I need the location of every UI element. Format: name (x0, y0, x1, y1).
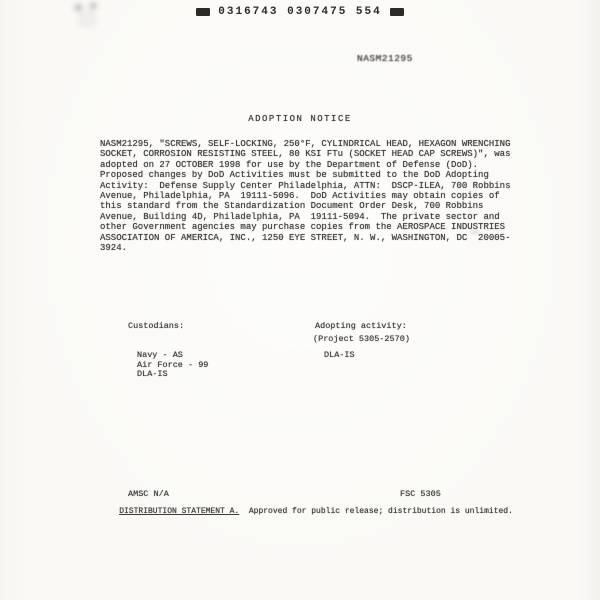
barcode-block-left-icon (196, 8, 210, 16)
text-line: SOCKET, CORROSION RESISTING STEEL, 80 KS… (100, 149, 510, 159)
text-line: other Government agencies may purchase c… (100, 222, 510, 232)
custodians-label: Custodians: (128, 322, 208, 332)
barcode-strip: 0316743 0307475 554 (0, 6, 600, 18)
scanned-document-page: 0316743 0307475 554 NASM21295 ADOPTION N… (0, 0, 600, 600)
text-line: adopted on 27 OCTOBER 1998 for use by th… (100, 160, 510, 170)
distribution-statement-label: DISTRIBUTION STATEMENT A. (119, 507, 239, 516)
text-line: Proposed changes by DoD Activities must … (100, 170, 510, 180)
text-line: ASSOCIATION OF AMERICA, INC., 1250 EYE S… (100, 233, 510, 243)
distribution-statement: DISTRIBUTION STATEMENT A. Approved for p… (100, 498, 513, 525)
adopting-activity-label: Adopting activity: (315, 322, 407, 332)
distribution-statement-text: Approved for public release; distributio… (239, 507, 513, 516)
text-line: 3924. (100, 243, 510, 253)
text-line: NASM21295, "SCREWS, SELF-LOCKING, 250°F,… (100, 139, 510, 149)
text-line: Avenue, Building 4D, Philadelphia, PA 19… (100, 212, 510, 222)
barcode-block-right-icon (390, 8, 404, 16)
custodians-block: Custodians: Navy - ASAir Force - 99DLA-I… (128, 303, 208, 399)
adopting-activity-value: DLA-IS (315, 351, 407, 361)
text-line: Activity: Defense Supply Center Philadel… (100, 181, 510, 191)
adoption-notice-title: ADOPTION NOTICE (0, 114, 600, 124)
doc-number: NASM21295 (357, 53, 413, 64)
custodians-items: Navy - ASAir Force - 99DLA-IS (128, 351, 208, 380)
barcode-text: 0316743 0307475 554 (218, 6, 381, 18)
text-line: this standard from the Standardization D… (100, 201, 510, 211)
body-paragraph: NASM21295, "SCREWS, SELF-LOCKING, 250°F,… (100, 139, 510, 253)
project-number: (Project 5305-2570) (313, 334, 410, 344)
scan-smudge (468, 228, 482, 236)
text-line: Avenue, Philadelphia, PA 19111-5096. DoD… (100, 191, 510, 201)
text-line: DLA-IS (128, 370, 208, 380)
